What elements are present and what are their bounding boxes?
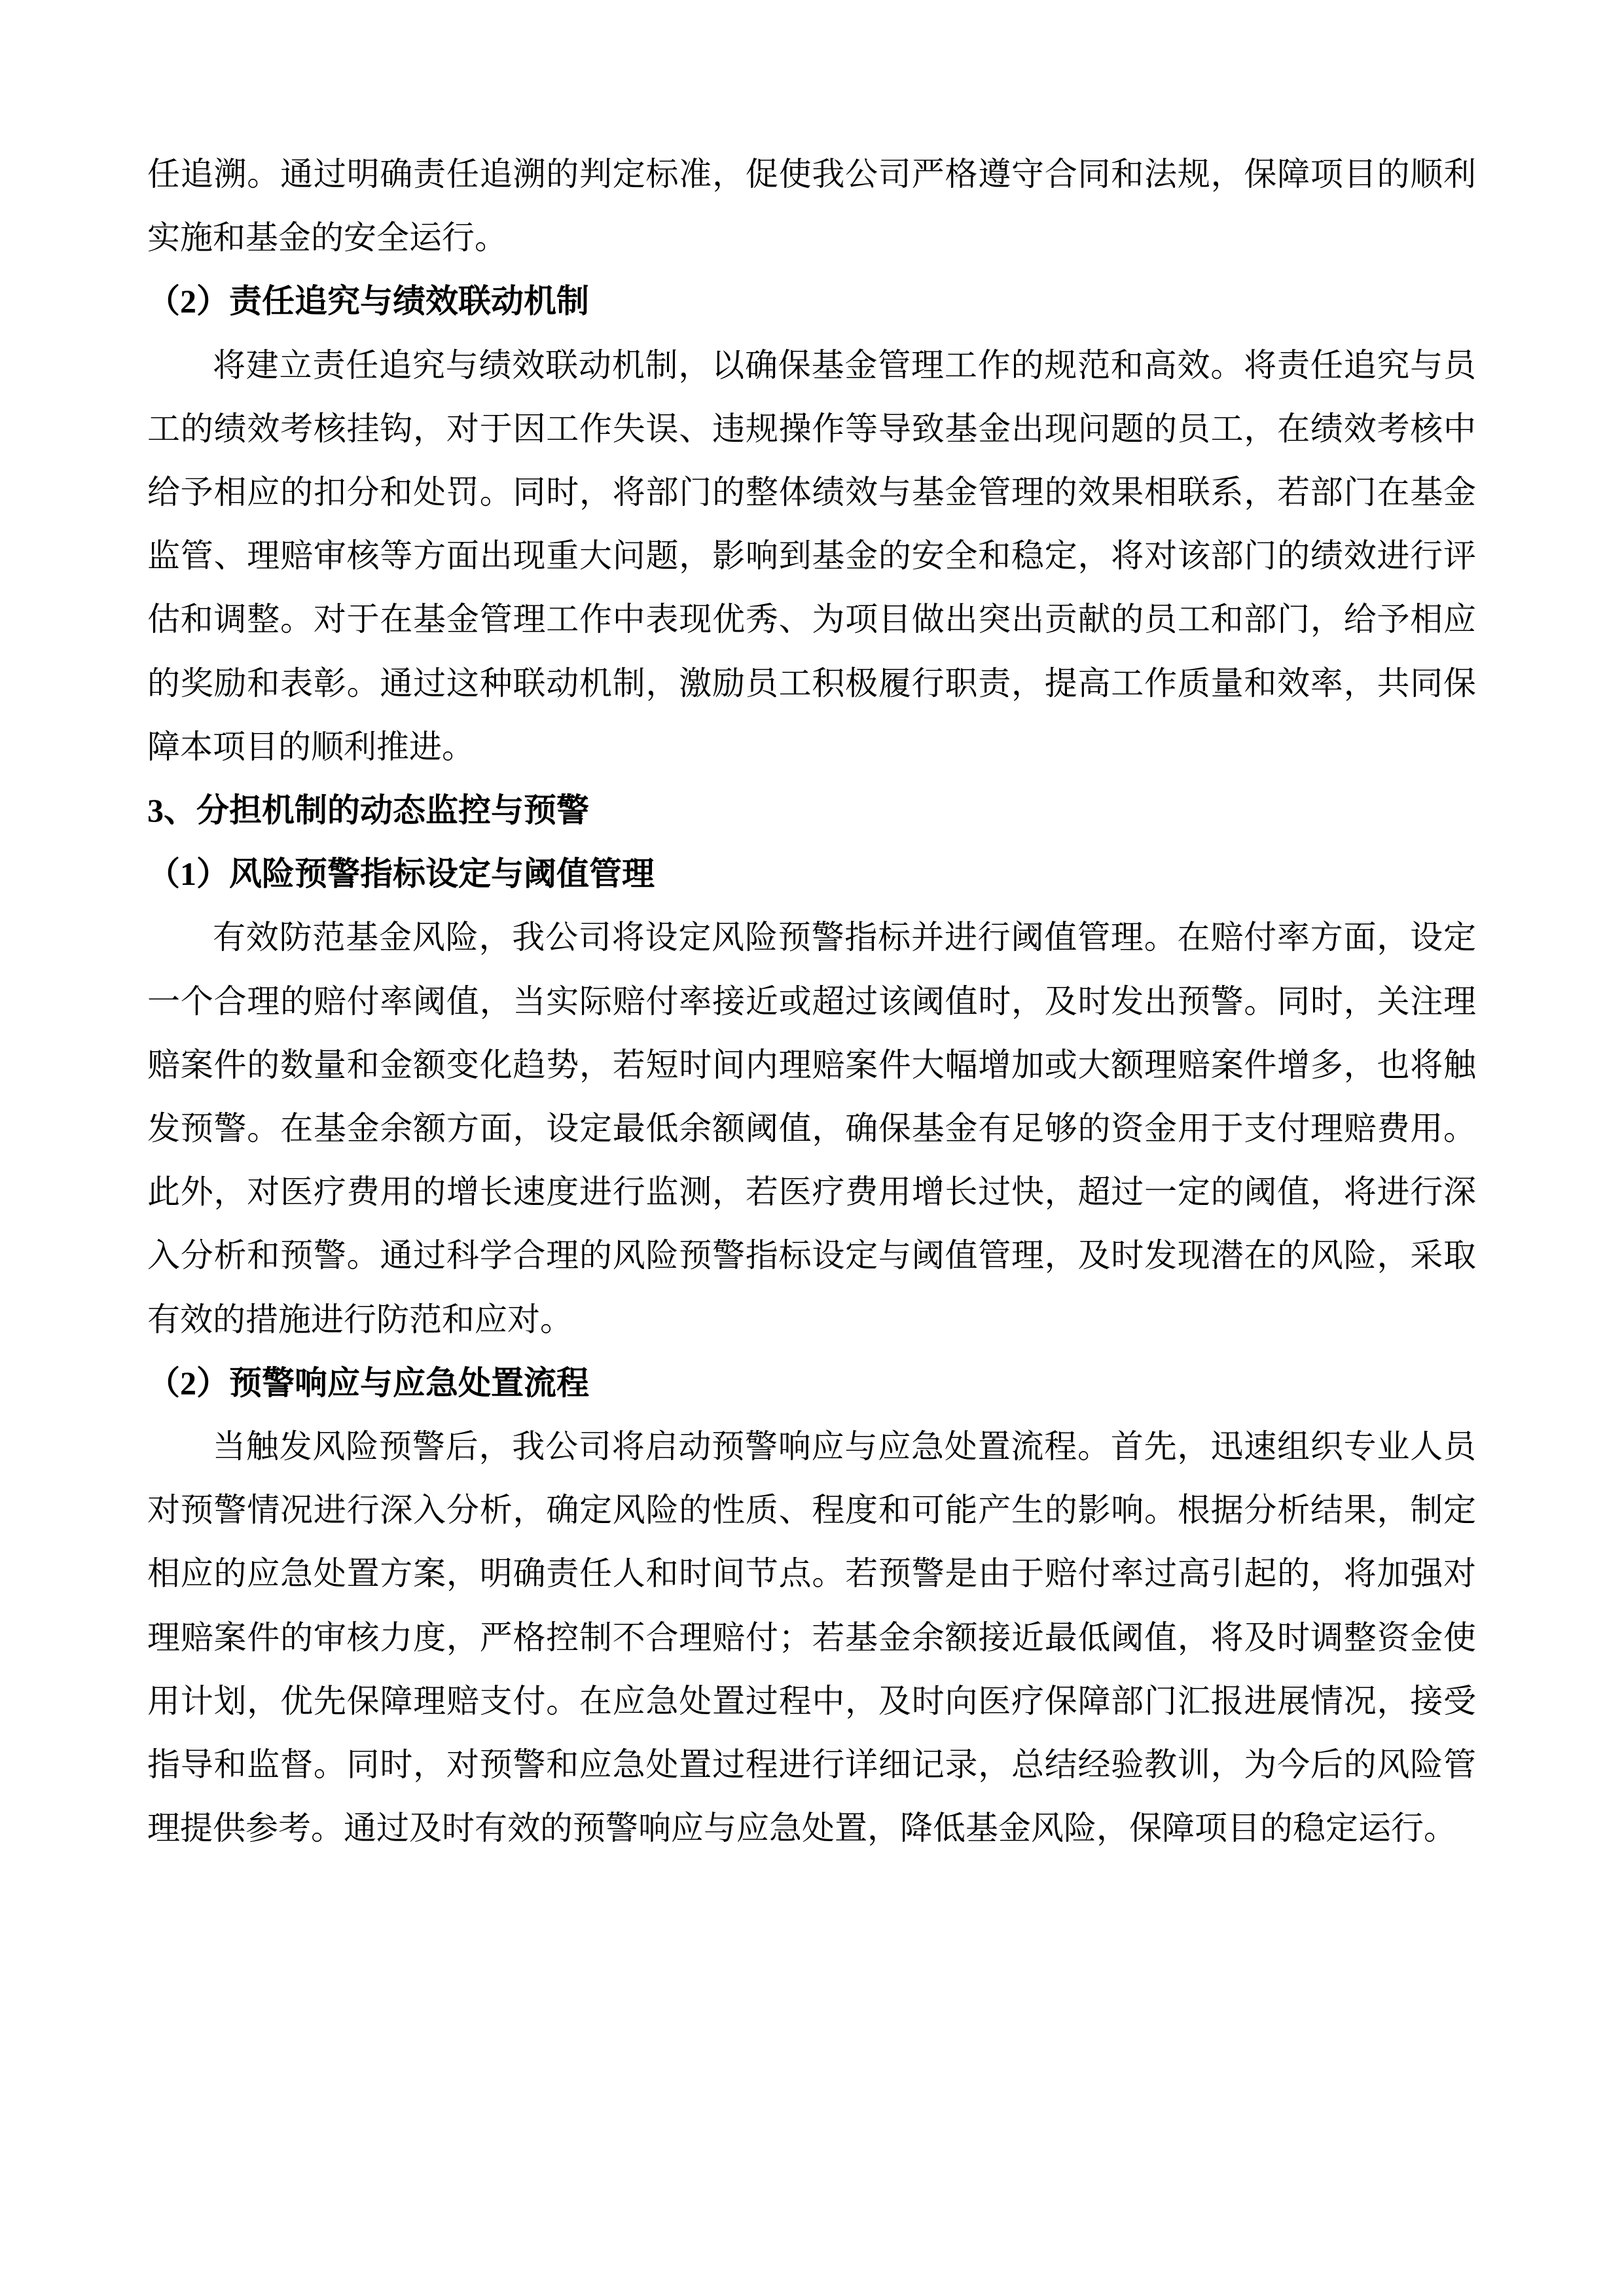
- document-page: 任追溯。通过明确责任追溯的判定标准，促使我公司严格遵守合同和法规，保障项目的顺利…: [0, 0, 1624, 2296]
- paragraph: 有效防范基金风险，我公司将设定风险预警指标并进行阈值管理。在赔付率方面，设定一个…: [147, 906, 1476, 1351]
- paragraph: 将建立责任追究与绩效联动机制，以确保基金管理工作的规范和高效。将责任追究与员工的…: [147, 334, 1476, 779]
- section-heading-risk-warning-indicators: （1）风险预警指标设定与阈值管理: [147, 842, 1476, 906]
- section-heading-warning-response-process: （2）预警响应与应急处置流程: [147, 1352, 1476, 1415]
- paragraph-continuation: 任追溯。通过明确责任追溯的判定标准，促使我公司严格遵守合同和法规，保障项目的顺利…: [147, 143, 1476, 270]
- paragraph: 当触发风险预警后，我公司将启动预警响应与应急处置流程。首先，迅速组织专业人员对预…: [147, 1415, 1476, 1860]
- chapter-heading-dynamic-monitoring: 3、分担机制的动态监控与预警: [147, 779, 1476, 842]
- section-heading-responsibility-performance: （2）责任追究与绩效联动机制: [147, 270, 1476, 333]
